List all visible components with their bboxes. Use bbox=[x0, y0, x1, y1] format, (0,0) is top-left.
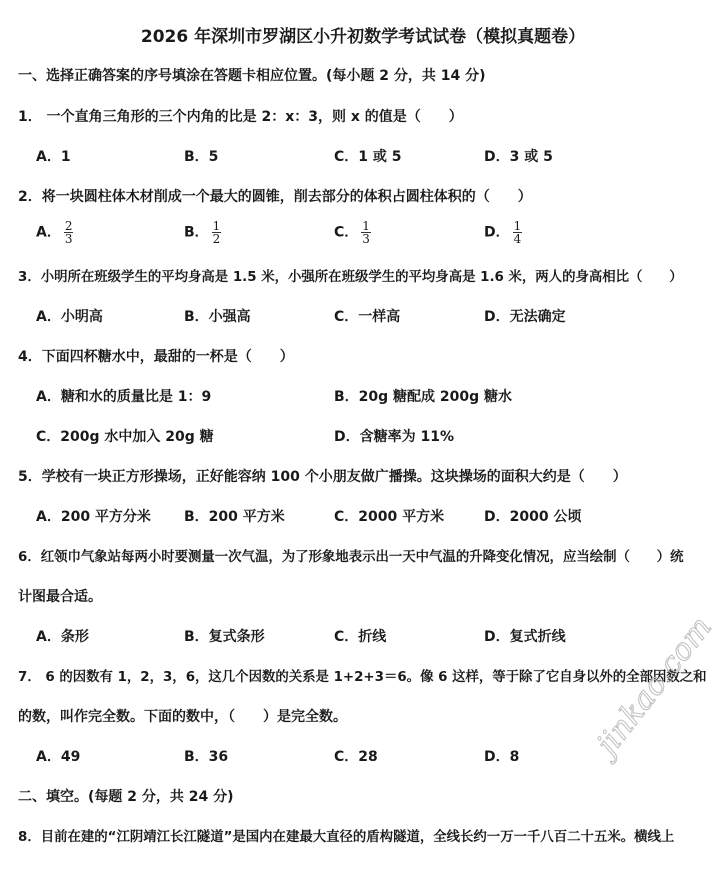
denominator: 3 bbox=[361, 233, 371, 245]
fraction: 14 bbox=[513, 220, 523, 245]
question-1: 1． 一个直角三角形的三个内角的比是 2：x：3，则 x 的值是（ ） bbox=[18, 106, 463, 126]
fraction: 12 bbox=[212, 220, 222, 245]
q7-option-a: A．49 bbox=[36, 746, 80, 766]
section-1-heading: 一、选择正确答案的序号填涂在答题卡相应位置。(每小题 2 分，共 14 分) bbox=[18, 65, 486, 85]
option-label: C． bbox=[334, 225, 358, 241]
q7-option-b: B．36 bbox=[184, 746, 228, 766]
q4-option-a: A．糖和水的质量比是 1：9 bbox=[36, 386, 211, 406]
page-title: 2026 年深圳市罗湖区小升初数学考试试卷（模拟真题卷） bbox=[0, 22, 726, 47]
q4-option-c: C．200g 水中加入 20g 糖 bbox=[36, 426, 214, 446]
q1-option-a: A．1 bbox=[36, 146, 71, 166]
question-8-line-1: 8．目前在建的“江阴靖江长江隧道”是国内在建最大直径的盾构隧道，全线长约一万一千… bbox=[18, 826, 674, 845]
q4-option-b: B．20g 糖配成 200g 糖水 bbox=[334, 386, 512, 406]
denominator: 4 bbox=[513, 233, 523, 245]
q6-option-d: D．复式折线 bbox=[484, 626, 566, 646]
q1-option-b: B．5 bbox=[184, 146, 218, 166]
q2-option-a: A．23 bbox=[36, 220, 73, 245]
q7-option-c: C．28 bbox=[334, 746, 378, 766]
q2-option-d: D．14 bbox=[484, 220, 522, 245]
q3-option-c: C．一样高 bbox=[334, 306, 400, 326]
q3-option-b: B．小强高 bbox=[184, 306, 251, 326]
q2-option-b: B．12 bbox=[184, 220, 221, 245]
denominator: 2 bbox=[212, 233, 222, 245]
q5-option-a: A．200 平方分米 bbox=[36, 506, 151, 526]
question-6-line-1: 6．红领巾气象站每两小时要测量一次气温，为了形象地表示出一天中气温的升降变化情况… bbox=[18, 546, 683, 565]
question-7-line-2: 的数，叫作完全数。下面的数中，（ ）是完全数。 bbox=[18, 706, 347, 726]
q4-option-d: D．含糖率为 11% bbox=[334, 426, 454, 446]
q6-option-c: C．折线 bbox=[334, 626, 386, 646]
option-label: B． bbox=[184, 225, 209, 241]
q6-option-a: A．条形 bbox=[36, 626, 89, 646]
denominator: 3 bbox=[64, 233, 74, 245]
question-3: 3．小明所在班级学生的平均身高是 1.5 米，小强所在班级学生的平均身高是 1.… bbox=[18, 266, 683, 285]
question-5: 5．学校有一块正方形操场，正好能容纳 100 个小朋友做广播操。这块操场的面积大… bbox=[18, 466, 627, 486]
q5-option-c: C．2000 平方米 bbox=[334, 506, 444, 526]
q7-option-d: D．8 bbox=[484, 746, 519, 766]
q1-option-c: C．1 或 5 bbox=[334, 146, 402, 166]
option-label: D． bbox=[484, 225, 510, 241]
question-7-line-1: 7． 6 的因数有 1，2，3，6，这几个因数的关系是 1+2+3＝6。像 6 … bbox=[18, 666, 707, 685]
question-6-line-2: 计图最合适。 bbox=[18, 586, 102, 606]
q5-option-d: D．2000 公顷 bbox=[484, 506, 581, 526]
fraction: 23 bbox=[64, 220, 74, 245]
option-label: A． bbox=[36, 225, 61, 241]
fraction: 13 bbox=[361, 220, 371, 245]
question-2: 2．将一块圆柱体木材削成一个最大的圆锥，削去部分的体积占圆柱体积的（ ） bbox=[18, 186, 532, 206]
question-4: 4．下面四杯糖水中，最甜的一杯是（ ） bbox=[18, 346, 294, 366]
q2-option-c: C．13 bbox=[334, 220, 371, 245]
q5-option-b: B．200 平方米 bbox=[184, 506, 285, 526]
q6-option-b: B．复式条形 bbox=[184, 626, 265, 646]
q3-option-a: A．小明高 bbox=[36, 306, 103, 326]
q3-option-d: D．无法确定 bbox=[484, 306, 566, 326]
q1-option-d: D．3 或 5 bbox=[484, 146, 553, 166]
section-2-heading: 二、填空。(每题 2 分，共 24 分) bbox=[18, 786, 234, 806]
watermark-text: jinkao.com bbox=[590, 610, 719, 761]
